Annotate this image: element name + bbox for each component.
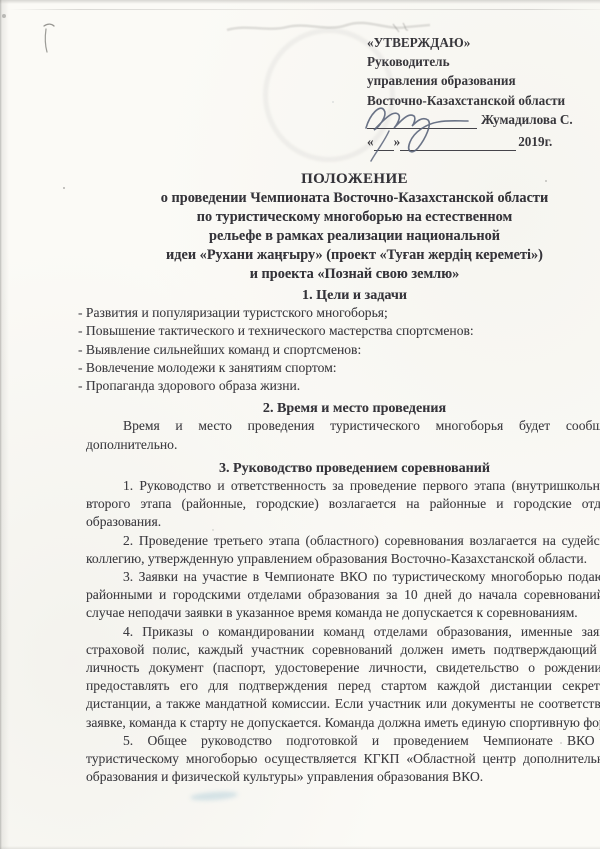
paragraph: 4. Приказы о командировании команд отдел… — [86, 623, 600, 732]
title-heading: ПОЛОЖЕНИЕ — [86, 170, 600, 189]
ink-smudge — [190, 790, 238, 801]
paragraph: 5. Общее руководство подготовкой и прове… — [86, 732, 600, 787]
section1-heading: 1. Цели и задачи — [86, 286, 600, 304]
list-item: - Развития и популяризации туристского м… — [78, 304, 600, 322]
day-quote-open: « — [367, 134, 374, 149]
scan-fold-line — [8, 9, 600, 10]
title-line: рельефе в рамках реализации национальной — [86, 227, 600, 246]
day-quote-close: » — [394, 134, 401, 149]
list-item: - Выявление сильнейших команд и спортсме… — [78, 341, 600, 359]
document-title: ПОЛОЖЕНИЕ о проведении Чемпионата Восточ… — [86, 170, 600, 284]
paragraph: 2. Проведение третьего этапа (областного… — [86, 532, 600, 568]
list-item: - Вовлечение молодежи к занятиям спортом… — [78, 359, 600, 377]
list-item: - Повышение тактического и технического … — [78, 322, 600, 340]
section3-heading: 3. Руководство проведением соревнований — [86, 459, 600, 477]
list-item: - Пропаганда здорового образа жизни. — [78, 377, 600, 395]
approver-role-line: Руководитель — [367, 52, 600, 71]
approver-role-line: управления образования — [367, 71, 600, 90]
month-blank-line — [400, 133, 516, 151]
pen-mark — [41, 21, 57, 57]
date-row: «»2019г. — [367, 132, 600, 154]
approval-block: «УТВЕРЖДАЮ» Руководитель управления обра… — [367, 33, 600, 154]
title-line: о проведении Чемпионата Восточно-Казахст… — [86, 189, 600, 208]
signature-row: Жумадилова С. — [367, 110, 600, 132]
approver-role-line: Восточно-Казахстанской области — [367, 91, 600, 110]
title-line: идеи «Рухани жаңғыру» (проект «Туған жер… — [86, 246, 600, 265]
goals-list: - Развития и популяризации туристского м… — [78, 304, 600, 395]
signee-name: Жумадилова С. — [481, 112, 573, 127]
paragraph: Время и место проведения туристического … — [86, 417, 600, 453]
year-label: 2019г. — [518, 134, 552, 149]
section2-heading: 2. Время и место проведения — [86, 399, 600, 417]
title-line: по туристическому многоборью на естестве… — [86, 208, 600, 227]
signature-line — [367, 111, 477, 129]
scan-specks — [0, 0, 2, 2]
title-line: и проекта «Познай свою землю» — [86, 265, 600, 284]
document-body: ПОЛОЖЕНИЕ о проведении Чемпионата Восточ… — [86, 170, 600, 786]
approval-word: «УТВЕРЖДАЮ» — [367, 33, 600, 52]
scanned-page: { "approval": { "approve_word": "«УТВЕРЖ… — [0, 0, 600, 849]
paragraph: 1. Руководство и ответственность за пров… — [86, 477, 600, 532]
paragraph: 3. Заявки на участие в Чемпионате ВКО по… — [86, 568, 600, 623]
day-blank-line — [374, 133, 394, 151]
